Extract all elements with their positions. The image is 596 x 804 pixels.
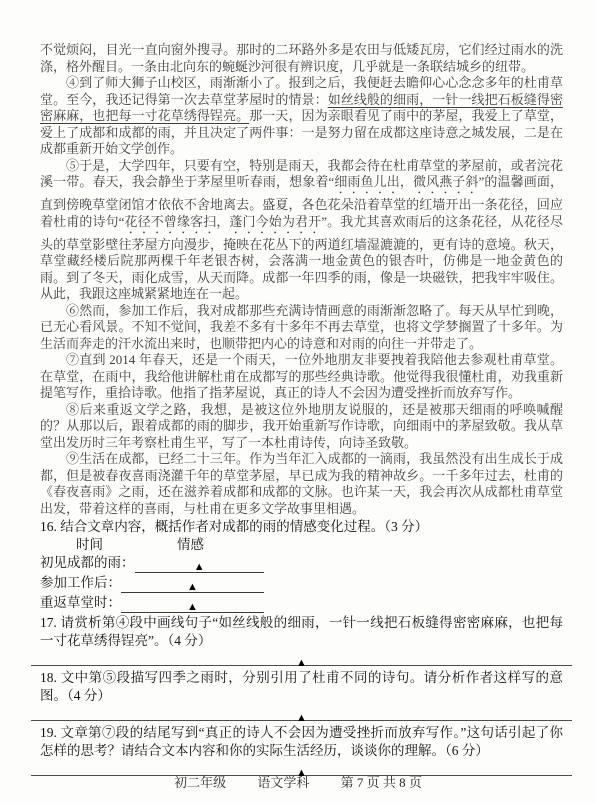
blank-marker-triangle: ▲: [194, 562, 205, 573]
question-17-text: 17. 请赏析第④段中画线句子“如丝线般的细雨，一针一线把石板缝得密密麻麻，也把…: [40, 614, 563, 650]
blank-marker-triangle: ▲: [187, 582, 198, 593]
essay-paragraph: ④到了师大狮子山校区，雨渐渐小了。报到之后，我便赶去瞻仰心心念念多年的杜甫草堂。…: [40, 75, 563, 158]
blank-marker-triangle: ▲: [187, 602, 198, 613]
essay-paragraph: ⑦直到 2014 年春天，还是一个雨天，一位外地朋友非要拽着我陪他去参观杜甫草堂…: [40, 352, 563, 402]
essay-paragraph: ⑨生活在成都，已经二十三年。作为当年汇入成都的一滴雨，我虽然没有出生成长于成都，…: [40, 451, 563, 517]
question-19: 19. 文章第⑦段的结尾写到“真正的诗人不会因为遭受挫折而放弃写作。”这句话引起…: [40, 724, 563, 776]
essay-paragraph: ⑧后来重返文学之路，我想，是被这位外地朋友说服的，还是被那天细雨的呼唤喊醒的？从…: [40, 402, 563, 452]
q16-row: 初见成都的雨：▲: [40, 553, 264, 573]
footer-page-number: 第 7 页 共 8 页: [341, 775, 422, 790]
emphasized-poem-quote: 细雨鱼儿出，微风燕子斜: [334, 174, 478, 189]
q16-rows: 初见成都的雨：▲参加工作后：▲重返草堂时：▲: [40, 553, 563, 613]
q16-header-time: 时间: [76, 537, 103, 552]
q16-row-label: 初见成都的雨：: [40, 553, 135, 573]
exam-page: 不觉烦闷，目光一直向窗外搜寻。那时的二环路外多是农田与低矮瓦房，它们经过雨水的洗…: [0, 0, 596, 804]
q16-row: 重返草堂时：▲: [40, 593, 264, 613]
footer-grade: 初二年级: [174, 775, 226, 790]
q16-row-label: 重返草堂时：: [40, 593, 121, 613]
essay-paragraph: ⑤于是，大学四年，只要有空，特别是雨天，我都会待在杜甫草堂的茅屋前，或者浣花溪一…: [40, 158, 563, 303]
answer-blank-line: ▲: [135, 554, 265, 573]
answer-line-q17: ▲: [31, 651, 572, 666]
essay-paragraph: 不觉烦闷，目光一直向窗外搜寻。那时的二环路外多是农田与低矮瓦房，它们经过雨水的洗…: [40, 42, 563, 75]
answer-marker-triangle: ▲: [296, 656, 307, 670]
answer-blank-line: ▲: [121, 574, 264, 593]
question-18-text: 18. 文中第⑤段描写四季之雨时，分别引用了杜甫不同的诗句。请分析作者这样写的意…: [40, 669, 563, 705]
essay-text: ⑨生活在成都，已经二十三年。作为当年汇入成都的一滴雨，我虽然没有出生成长于成都，…: [40, 451, 563, 516]
answer-blank-line: ▲: [121, 594, 264, 613]
essay-text: 不觉烦闷，目光一直向窗外搜寻。那时的二环路外多是农田与低矮瓦房，它们经过雨水的洗…: [40, 42, 563, 74]
question-17: 17. 请赏析第④段中画线句子“如丝线般的细雨，一针一线把石板缝得密密麻麻，也把…: [40, 614, 563, 666]
answer-marker-triangle: ▲: [296, 711, 307, 725]
footer-subject: 语文学科: [257, 775, 309, 790]
page-footer: 初二年级 语文学科 第 7 页 共 8 页: [0, 772, 596, 791]
q16-row-label: 参加工作后：: [40, 573, 121, 593]
question-16: 16. 结合文章内容，概括作者对成都的雨的情感变化过程。（3 分） 时间情感 初…: [40, 518, 563, 613]
q16-row: 参加工作后：▲: [40, 573, 264, 593]
question-16-text: 16. 结合文章内容，概括作者对成都的雨的情感变化过程。（3 分）: [40, 518, 563, 536]
essay: 不觉烦闷，目光一直向窗外搜寻。那时的二环路外多是农田与低矮瓦房，它们经过雨水的洗…: [40, 42, 563, 517]
q16-table-header: 时间情感: [40, 536, 563, 553]
emphasized-poem-quote: 花径不曾缘客扫，蓬门今始为君开: [124, 214, 321, 229]
q16-header-emotion: 情感: [177, 537, 204, 552]
essay-text: ⑥然而，参加工作后，我对成都那些充满诗情画意的雨渐渐忽略了。每天从早忙到晚，已无…: [40, 303, 563, 351]
question-18: 18. 文中第⑤段描写四季之雨时，分别引用了杜甫不同的诗句。请分析作者这样写的意…: [40, 669, 563, 721]
essay-text: ⑧后来重返文学之路，我想，是被这位外地朋友说服的，还是被那天细雨的呼唤喊醒的？从…: [40, 402, 563, 450]
question-19-text: 19. 文章第⑦段的结尾写到“真正的诗人不会因为遭受挫折而放弃写作。”这句话引起…: [40, 724, 563, 760]
essay-text: ⑦直到 2014 年春天，还是一个雨天，一位外地朋友非要拽着我陪他去参观杜甫草堂…: [40, 352, 563, 400]
answer-line-q18: ▲: [31, 706, 572, 721]
essay-paragraph: ⑥然而，参加工作后，我对成都那些充满诗情画意的雨渐渐忽略了。每天从早忙到晚，已无…: [40, 303, 563, 353]
